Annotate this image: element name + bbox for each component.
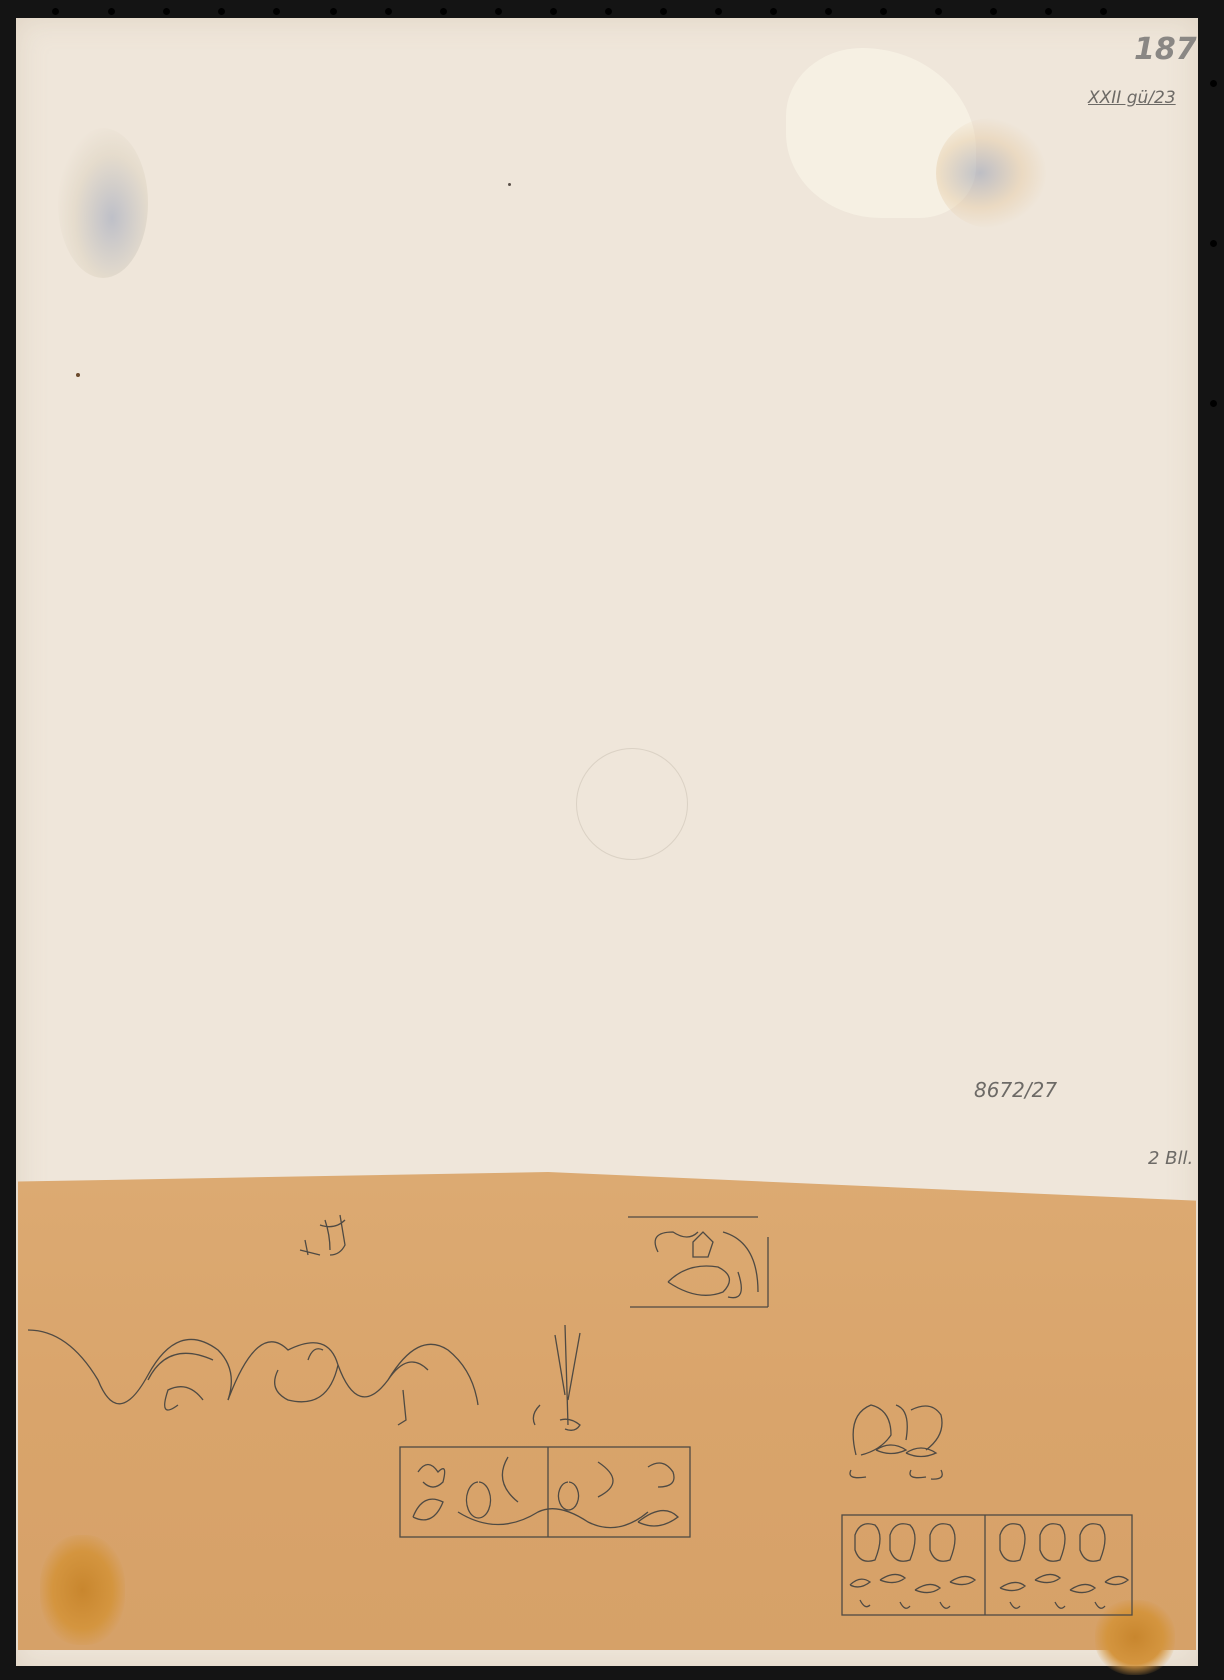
faint-circle-mark	[576, 748, 688, 860]
dragonfly-sketch	[520, 1325, 610, 1435]
leaf-count: 2 Bll.	[1148, 1148, 1193, 1169]
folio-number: 187	[1134, 32, 1197, 67]
blossom-motif-sketch	[846, 1395, 966, 1485]
tulip-border-panel-sketch	[840, 1510, 1140, 1620]
water-stain-left	[58, 128, 148, 278]
binding-holes-top	[0, 0, 1224, 20]
spot	[508, 183, 511, 186]
flower-corner-ornament-sketch	[628, 1212, 788, 1312]
inventory-number: 8672/27	[974, 1078, 1057, 1102]
plant-sketch	[290, 1210, 370, 1270]
spot	[76, 373, 80, 377]
floral-border-panel-sketch	[398, 1442, 698, 1542]
glue-stain-left	[40, 1535, 125, 1645]
water-stain-right	[936, 118, 1046, 228]
lizard-frieze-sketch	[28, 1320, 518, 1430]
inventory-mark: XXII gü/23	[1088, 88, 1176, 108]
